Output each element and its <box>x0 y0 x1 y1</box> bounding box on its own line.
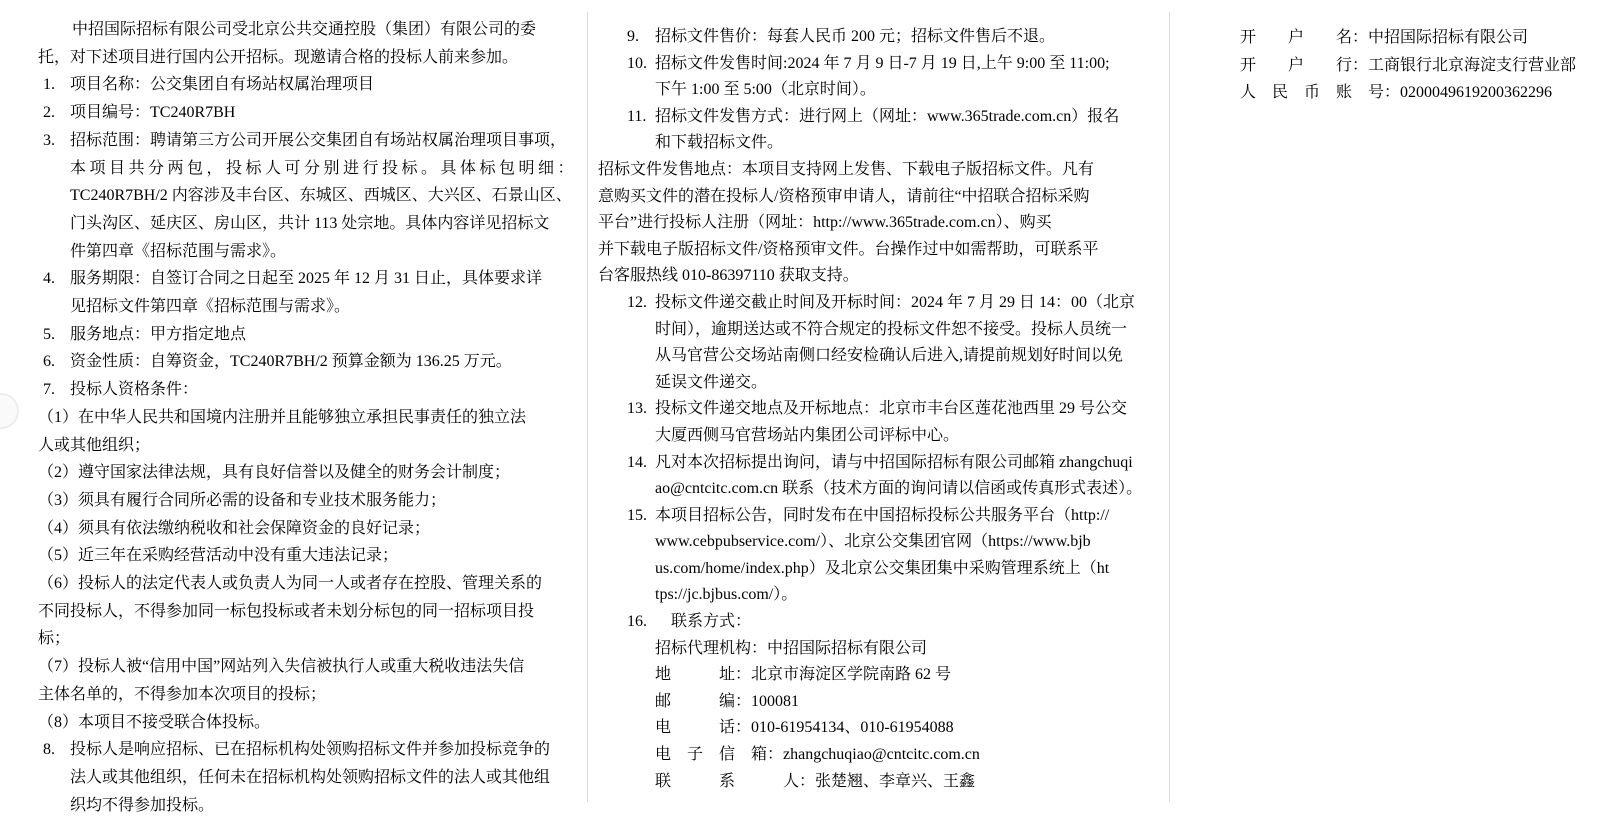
item-number: 11. <box>627 104 655 131</box>
document-column-1: 中招国际招标有限公司受北京公共交通控股（集团）有限公司的委 托，对下述项目进行国… <box>38 16 578 819</box>
doc-line: （7）投标人被“信用中国”网站列入失信被执行人或重大税收违法失信 <box>38 653 578 681</box>
doc-line: us.com/home/index.php）及北京公交集团集中采购管理系统上（h… <box>598 556 1158 583</box>
doc-line: ao@cntcitc.com.cn 联系（技术方面的询问请以信函或传真形式表述）… <box>598 476 1158 503</box>
doc-line: 大厦西侧马官营场站内集团公司评标中心。 <box>598 423 1158 450</box>
item-number: 13. <box>627 396 655 423</box>
doc-line: TC240R7BH/2 内容涉及丰台区、东城区、西城区、大兴区、石景山区、 <box>38 182 578 210</box>
doc-line: 并下载电子版招标文件/资格预审文件。台操作过中如需帮助，可联系平 <box>598 237 1158 264</box>
doc-line: （5）近三年在采购经营活动中没有重大违法记录； <box>38 542 578 570</box>
item-number: 6. <box>43 348 70 376</box>
doc-line: 人或其他组织； <box>38 432 578 460</box>
item-number: 8. <box>43 736 70 764</box>
edge-scroll-handle <box>0 393 19 429</box>
item-number: 1. <box>43 71 70 99</box>
doc-line: 招标文件发售地点：本项目支持网上发售、下载电子版招标文件。凡有 <box>598 157 1158 184</box>
doc-line: 件第四章《招标范围与需求》。 <box>38 238 578 266</box>
doc-line: （1）在中华人民共和国境内注册并且能够独立承担民事责任的独立法 <box>38 404 578 432</box>
doc-line: 托，对下述项目进行国内公开招标。现邀请合格的投标人前来参加。 <box>38 44 578 72</box>
item-text: 投标人是响应招标、已在招标机构处领购招标文件并参加投标竞争的 <box>70 741 550 758</box>
item-number: 7. <box>43 376 70 404</box>
doc-line: 开 户 名：中招国际招标有限公司 <box>1240 24 1580 52</box>
doc-line: 开 户 行：工商银行北京海淀支行营业部 <box>1240 52 1580 80</box>
doc-line: tps://jc.bjbus.com/）。 <box>598 582 1158 609</box>
doc-line: 主体名单的，不得参加本次项目的投标； <box>38 681 578 709</box>
item-text: 招标文件发售时间:2024 年 7 月 9 日-7 月 19 日,上午 9:00… <box>655 55 1110 72</box>
doc-line: 不同投标人，不得参加同一标包投标或者未划分标包的同一招标项目投 <box>38 598 578 626</box>
item-text: 资金性质：自筹资金，TC240R7BH/2 预算金额为 136.25 万元。 <box>70 353 512 370</box>
doc-line: 电 子 信 箱：zhangchuqiao@cntcitc.com.cn <box>598 742 1158 769</box>
item-number: 14. <box>627 450 655 477</box>
doc-line: 5.服务地点：甲方指定地点 <box>38 321 578 349</box>
doc-line: 10.招标文件发售时间:2024 年 7 月 9 日-7 月 19 日,上午 9… <box>598 51 1158 78</box>
item-number: 3. <box>43 127 70 155</box>
doc-line: 下午 1:00 至 5:00（北京时间）。 <box>598 77 1158 104</box>
item-number: 5. <box>43 321 70 349</box>
doc-line: 11.招标文件发售方式：进行网上（网址：www.365trade.com.cn）… <box>598 104 1158 131</box>
item-text: 服务地点：甲方指定地点 <box>70 326 246 343</box>
doc-line: 8.投标人是响应招标、已在招标机构处领购招标文件并参加投标竞争的 <box>38 736 578 764</box>
doc-line: 标； <box>38 625 578 653</box>
doc-line: 12.投标文件递交截止时间及开标时间：2024 年 7 月 29 日 14：00… <box>598 290 1158 317</box>
item-number: 2. <box>43 99 70 127</box>
doc-line: 电 话：010-61954134、010-61954088 <box>598 715 1158 742</box>
item-text: 项目名称：公交集团自有场站权属治理项目 <box>70 76 374 93</box>
doc-line: 意购买文件的潜在投标人/资格预审申请人，请前往“中招联合招标采购 <box>598 184 1158 211</box>
doc-line: （8）本项目不接受联合体投标。 <box>38 709 578 737</box>
document-column-2: 9.招标文件售价：每套人民币 200 元；招标文件售后不退。 10.招标文件发售… <box>598 24 1158 795</box>
item-number: 4. <box>43 265 70 293</box>
doc-line: 1.项目名称：公交集团自有场站权属治理项目 <box>38 71 578 99</box>
item-number: 15. <box>627 503 655 530</box>
item-text: 招标文件发售方式：进行网上（网址：www.365trade.com.cn）报名 <box>655 108 1119 125</box>
doc-line: 从马官营公交场站南侧口经安检确认后进入,请提前规划好时间以免 <box>598 343 1158 370</box>
page-separator <box>587 12 588 802</box>
doc-line: 4.服务期限：自签订合同之日起至 2025 年 12 月 31 日止，具体要求详 <box>38 265 578 293</box>
doc-line: 14.凡对本次招标提出询问，请与中招国际招标有限公司邮箱 zhangchuqi <box>598 450 1158 477</box>
item-text: 本项目招标公告，同时发布在中国招标投标公共服务平台（http:// <box>655 507 1109 524</box>
doc-line: 时间），逾期送达或不符合规定的投标文件恕不接受。投标人员统一 <box>598 317 1158 344</box>
item-text: 联系方式： <box>655 613 751 630</box>
doc-line: 3.招标范围：聘请第三方公司开展公交集团自有场站权属治理项目事项， <box>38 127 578 155</box>
item-text: 投标文件递交地点及开标地点：北京市丰台区莲花池西里 29 号公交 <box>655 400 1127 417</box>
doc-line: （4）须具有依法缴纳税收和社会保障资金的良好记录； <box>38 515 578 543</box>
doc-line: 7.投标人资格条件： <box>38 376 578 404</box>
doc-line: （3）须具有履行合同所必需的设备和专业技术服务能力； <box>38 487 578 515</box>
item-text: 招标范围：聘请第三方公司开展公交集团自有场站权属治理项目事项， <box>70 132 566 149</box>
doc-line: 9.招标文件售价：每套人民币 200 元；招标文件售后不退。 <box>598 24 1158 51</box>
doc-line: 和下载招标文件。 <box>598 130 1158 157</box>
doc-line: 2.项目编号：TC240R7BH <box>38 99 578 127</box>
page-separator <box>1169 12 1170 802</box>
doc-line: 平台”进行投标人注册（网址：http://www.365trade.com.cn… <box>598 210 1158 237</box>
document-page: 中招国际招标有限公司受北京公共交通控股（集团）有限公司的委 托，对下述项目进行国… <box>0 0 1607 819</box>
doc-line: （2）遵守国家法律法规，具有良好信誉以及健全的财务会计制度； <box>38 459 578 487</box>
doc-line: 招标代理机构：中招国际招标有限公司 <box>598 636 1158 663</box>
doc-line: （6）投标人的法定代表人或负责人为同一人或者存在控股、管理关系的 <box>38 570 578 598</box>
doc-line: 门头沟区、延庆区、房山区，共计 113 处宗地。具体内容详见招标文 <box>38 210 578 238</box>
doc-line: 延误文件递交。 <box>598 370 1158 397</box>
doc-line: 织均不得参加投标。 <box>38 792 578 819</box>
doc-line: 地 址：北京市海淀区学院南路 62 号 <box>598 662 1158 689</box>
doc-line: 法人或其他组织，任何未在招标机构处领购招标文件的法人或其他组 <box>38 764 578 792</box>
doc-line: 6.资金性质：自筹资金，TC240R7BH/2 预算金额为 136.25 万元。 <box>38 348 578 376</box>
doc-line: 15.本项目招标公告，同时发布在中国招标投标公共服务平台（http:// <box>598 503 1158 530</box>
doc-line: 见招标文件第四章《招标范围与需求》。 <box>38 293 578 321</box>
doc-line: 联 系 人：张楚翘、李章兴、王鑫 <box>598 769 1158 796</box>
item-text: 凡对本次招标提出询问，请与中招国际招标有限公司邮箱 zhangchuqi <box>655 454 1133 471</box>
item-number: 10. <box>627 51 655 78</box>
doc-line: 台客服热线 010-86397110 获取支持。 <box>598 263 1158 290</box>
doc-line: www.cebpubservice.com/）、北京公交集团官网（https:/… <box>598 529 1158 556</box>
doc-line: 16. 联系方式： <box>598 609 1158 636</box>
item-text: 投标人资格条件： <box>70 381 198 398</box>
item-text: 招标文件售价：每套人民币 200 元；招标文件售后不退。 <box>655 28 1055 45</box>
item-number: 16. <box>627 609 655 636</box>
item-text: 项目编号：TC240R7BH <box>70 104 235 121</box>
doc-line: 13.投标文件递交地点及开标地点：北京市丰台区莲花池西里 29 号公交 <box>598 396 1158 423</box>
doc-line: 人 民 币 账 号：0200049619200362296 <box>1240 79 1580 107</box>
item-number: 12. <box>627 290 655 317</box>
item-text: 投标文件递交截止时间及开标时间：2024 年 7 月 29 日 14：00（北京 <box>655 294 1135 311</box>
doc-line: 本项目共分两包，投标人可分别进行投标。具体标包明细： <box>38 155 578 183</box>
doc-line: 中招国际招标有限公司受北京公共交通控股（集团）有限公司的委 <box>38 16 578 44</box>
doc-line: 邮 编：100081 <box>598 689 1158 716</box>
document-column-3: 开 户 名：中招国际招标有限公司 开 户 行：工商银行北京海淀支行营业部 人 民… <box>1240 24 1580 107</box>
item-number: 9. <box>627 24 655 51</box>
item-text: 服务期限：自签订合同之日起至 2025 年 12 月 31 日止，具体要求详 <box>70 270 542 287</box>
